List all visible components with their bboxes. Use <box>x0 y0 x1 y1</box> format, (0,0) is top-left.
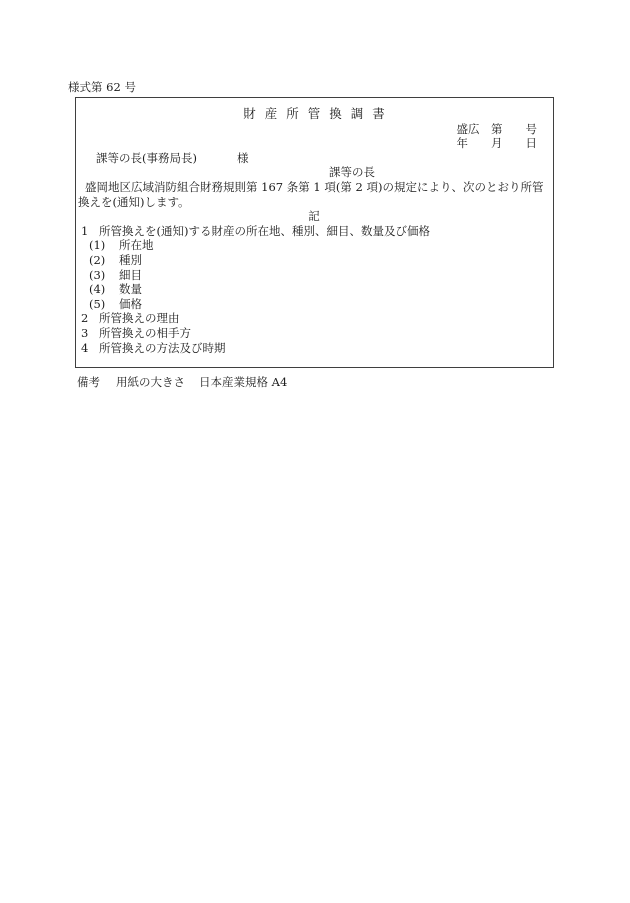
list-item-number: (4) <box>89 282 119 297</box>
list-item-label: 数量 <box>119 282 142 296</box>
doc-number-line: 盛広 第 号 <box>78 122 550 137</box>
list-item-number: (2) <box>89 253 119 268</box>
list-item-3: 3所管換えの相手方 <box>78 326 550 341</box>
list-item-number: 3 <box>81 326 99 341</box>
paper-size-value: 日本産業規格 A4 <box>199 375 287 389</box>
list-subitem-5: (5)価格 <box>78 297 550 312</box>
form-number: 様式第 62 号 <box>68 80 136 94</box>
list-subitem-2: (2)種別 <box>78 253 550 268</box>
list-item-label: 所管換えの方法及び時期 <box>99 341 226 355</box>
document-title: 財産所管換調書 <box>78 107 550 122</box>
list-item-label: 細目 <box>119 268 142 282</box>
list-subitem-4: (4)数量 <box>78 282 550 297</box>
body-paragraph-line1: 盛岡地区広域消防組合財務規則第 167 条第 1 項(第 2 項)の規定により、… <box>78 180 550 195</box>
recipient-line: 課等の長(事務局長)様 <box>78 151 550 166</box>
record-heading: 記 <box>78 209 550 224</box>
sender-title: 課等の長 <box>78 165 550 180</box>
list-subitem-1: (1)所在地 <box>78 238 550 253</box>
recipient-name: 課等の長(事務局長) <box>96 151 197 165</box>
list-item-label: 所管換えを(通知)する財産の所在地、種別、細目、数量及び価格 <box>99 224 430 238</box>
list-item-number: 4 <box>81 341 99 356</box>
list-item-label: 所管換えの相手方 <box>99 326 191 340</box>
body-paragraph-line2: 換えを(通知)します。 <box>78 195 550 210</box>
remarks-line: 備考用紙の大きさ日本産業規格 A4 <box>77 375 287 390</box>
list-item-1: 1所管換えを(通知)する財産の所在地、種別、細目、数量及び価格 <box>78 224 550 239</box>
list-item-number: 1 <box>81 224 99 239</box>
list-item-label: 所在地 <box>119 238 154 252</box>
list-item-number: (1) <box>89 238 119 253</box>
list-item-4: 4所管換えの方法及び時期 <box>78 341 550 356</box>
recipient-honorific: 様 <box>237 151 249 165</box>
list-item-number: 2 <box>81 311 99 326</box>
form-border-box: 財産所管換調書 盛広 第 号 年 月 日 課等の長(事務局長)様 課等の長 盛岡… <box>75 97 554 368</box>
list-item-label: 種別 <box>119 253 142 267</box>
list-item-2: 2所管換えの理由 <box>78 311 550 326</box>
paper-size-label: 用紙の大きさ <box>116 375 185 389</box>
document-page: 様式第 62 号 財産所管換調書 盛広 第 号 年 月 日 課等の長(事務局長)… <box>0 0 630 903</box>
list-item-number: (3) <box>89 268 119 283</box>
doc-date-line: 年 月 日 <box>78 136 550 151</box>
list-item-number: (5) <box>89 297 119 312</box>
list-subitem-3: (3)細目 <box>78 268 550 283</box>
remarks-label: 備考 <box>77 375 100 389</box>
list-item-label: 価格 <box>119 297 142 311</box>
list-item-label: 所管換えの理由 <box>99 311 180 325</box>
